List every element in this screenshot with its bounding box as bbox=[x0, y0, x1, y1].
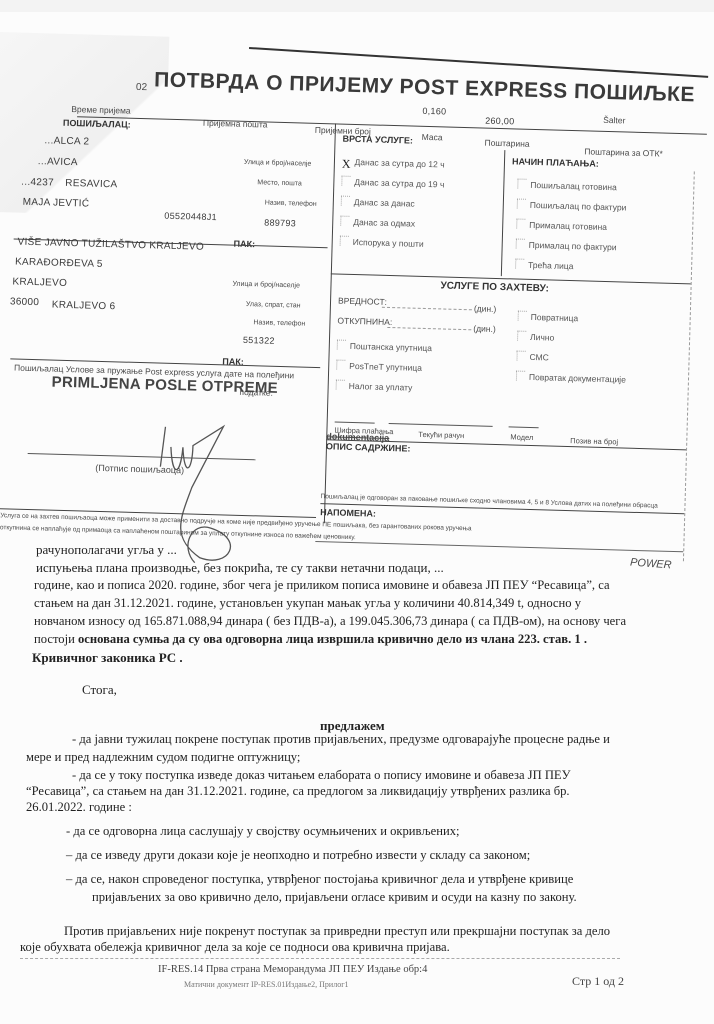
recipient-pak-value: 551322 bbox=[243, 335, 275, 346]
proposal-4-line: – да се изведу други докази које је неоп… bbox=[66, 848, 530, 863]
note-label: НАПОМЕНА: bbox=[320, 507, 376, 519]
checkbox[interactable] bbox=[337, 340, 346, 350]
scanned-document-page: 02 ПОТВРДА О ПРИЈЕМУ POST EXPRESS ПОШИЉК… bbox=[0, 12, 714, 1024]
checkbox[interactable] bbox=[516, 371, 525, 381]
proposal-1-line: мере и пред надлежним судом подигне опту… bbox=[26, 750, 300, 765]
cod-label: ОТКУПНИНА: bbox=[337, 316, 392, 328]
recipient-post-office: KRALJEVO 6 bbox=[52, 300, 116, 313]
recipient-name: VIŠE JAVNO TUŽILAŠTVO KRALJEVO bbox=[17, 237, 204, 253]
model-line bbox=[509, 426, 539, 428]
sender-faint-2: Место, пошта bbox=[257, 179, 302, 187]
requested-left-options: Поштанска упутница PosTneT упутница Нало… bbox=[335, 336, 432, 399]
proposal-5-line: пријављених за ово кривично дело, пријав… bbox=[92, 890, 577, 905]
form-bottom-rule bbox=[315, 541, 683, 552]
checkbox[interactable] bbox=[340, 236, 349, 246]
payment-option[interactable]: Трећа лица bbox=[515, 254, 625, 277]
proposal-5-line: – да се, након спроведеног поступка, утв… bbox=[66, 872, 573, 887]
recipient-street: KARAĐORĐEVA 5 bbox=[15, 257, 103, 270]
service-type-list: XДанас за сутра до 12 ч Данас за сутра д… bbox=[339, 152, 445, 255]
proposal-2-line: “Ресавица”, са стањем на дан 31.12.2021.… bbox=[26, 784, 570, 799]
recipient-faint-3: Назив, телефон bbox=[253, 319, 305, 327]
postage-value: 260,00 bbox=[485, 116, 515, 127]
label-date-time: Време пријема bbox=[71, 104, 131, 116]
post-express-receipt: 02 ПОТВРДА О ПРИЈЕМУ POST EXPRESS ПОШИЉК… bbox=[0, 12, 714, 572]
page-number: Стр 1 од 2 bbox=[572, 974, 624, 989]
sender-contact: MAJA JEVTIĆ bbox=[23, 197, 90, 210]
proposal-3-line: - да се одговорна лица саслушају у својс… bbox=[66, 824, 460, 839]
paragraph1-line-suspicion: постоји основана сумња да су ова одговор… bbox=[34, 632, 587, 647]
closing-line: које обухвата обележја кривичног дела за… bbox=[20, 940, 450, 955]
paragraph1-line: испуњења плана производње, без покрића, … bbox=[36, 560, 444, 576]
checkbox[interactable] bbox=[341, 176, 350, 186]
label-postage-otk: Поштарина за ОТК* bbox=[584, 146, 663, 158]
checkbox[interactable] bbox=[515, 259, 524, 269]
payment-method-header: НАЧИН ПЛАЋАЊА: bbox=[512, 156, 599, 168]
contents-label: ОПИС САДРЖИНЕ: bbox=[326, 441, 411, 453]
closing-line: Против пријављених није покренут поступа… bbox=[64, 924, 610, 939]
recipient-postal-code: 36000 bbox=[10, 296, 40, 308]
paragraph1-line: стањем на дан 31.12.2021. године, устано… bbox=[34, 596, 581, 611]
form-title: ПОТВРДА О ПРИЈЕМУ POST EXPRESS ПОШИЉКЕ bbox=[154, 68, 695, 107]
checkbox[interactable] bbox=[516, 219, 525, 229]
recipient-faint-2: Улаз, спрат, стан bbox=[246, 301, 301, 310]
checkbox[interactable] bbox=[340, 216, 349, 226]
mass-value: 0,160 bbox=[422, 106, 446, 117]
form-right-border bbox=[683, 171, 695, 561]
recipient-city: KRALJEVO bbox=[12, 276, 67, 289]
proposal-1-line: - да јавни тужилац покрене поступак прот… bbox=[72, 732, 610, 747]
service-option[interactable]: Испорука у пошти bbox=[339, 232, 443, 255]
requested-option[interactable]: Повратак документације bbox=[516, 367, 626, 390]
main-vertical-divider bbox=[324, 123, 336, 523]
suspicion-statement: основана сумња да су ова одговорна лица … bbox=[78, 632, 587, 646]
requested-right-options: Повратница Лично СМС Повратак документац… bbox=[516, 307, 628, 390]
proposal-2-line: - да се у току поступка изведе доказ чит… bbox=[72, 768, 571, 783]
value-currency: (дин.) bbox=[474, 303, 497, 314]
recipient-faint-1: Улица и број/населје bbox=[232, 281, 300, 290]
letter-footer-line2: Матични документ IP-RES.01Издање2, Прило… bbox=[184, 980, 348, 989]
account-label: Текући рачун bbox=[418, 430, 464, 440]
requested-option[interactable]: Налог за уплату bbox=[335, 376, 431, 399]
proposal-2-line: 26.01.2022. године : bbox=[26, 800, 132, 815]
value-field[interactable] bbox=[382, 307, 472, 311]
payment-code-line bbox=[335, 422, 375, 424]
sender-label: ПОШИЉАЛАЦ: bbox=[63, 118, 131, 130]
sender-faint-3: Назив, телефон bbox=[265, 199, 317, 207]
stoga-text: Стога, bbox=[82, 682, 117, 698]
model-label: Модел bbox=[510, 432, 533, 442]
checkbox[interactable] bbox=[516, 351, 525, 361]
value-label: ВРЕДНОСТ: bbox=[338, 296, 387, 307]
paragraph1-line: новчаном износу од 165.871.088,94 динара… bbox=[34, 614, 626, 629]
checkbox[interactable] bbox=[336, 380, 345, 390]
checkbox[interactable] bbox=[341, 196, 350, 206]
requested-option[interactable]: Поштанска упутница bbox=[337, 336, 433, 359]
requested-option[interactable]: PosTneT упутница bbox=[336, 356, 432, 379]
payment-divider bbox=[501, 150, 506, 276]
sender-pak-value: 889793 bbox=[264, 217, 296, 228]
checkbox[interactable]: X bbox=[342, 156, 351, 165]
checkbox[interactable] bbox=[517, 179, 526, 189]
signature-label: (Потпис пошиљаоца) bbox=[95, 463, 184, 475]
checkbox[interactable] bbox=[336, 360, 345, 370]
paragraph1-line: године, као и пописа 2020. године, због … bbox=[34, 578, 610, 593]
cod-currency: (дин.) bbox=[473, 323, 496, 334]
sender-postal-code: ...4237 bbox=[21, 177, 54, 189]
sender-address-1: ...ALCA 2 bbox=[44, 135, 89, 147]
service-type-header: ВРСТА УСЛУГЕ: bbox=[342, 134, 413, 146]
payment-method-list: Пошиљалац готовина Пошиљалац по фактури … bbox=[515, 175, 627, 278]
checkbox[interactable] bbox=[516, 239, 525, 249]
counter-label: Šalter bbox=[603, 115, 625, 126]
paragraph1-line: рачунополагачи угља у ... bbox=[36, 542, 177, 558]
sender-address-2: ...AVICA bbox=[38, 156, 78, 168]
sender-code: 05520448J1 bbox=[164, 211, 217, 222]
label-postage: Поштарина bbox=[484, 138, 529, 149]
account-line bbox=[389, 423, 493, 427]
label-mass: Маса bbox=[422, 132, 443, 143]
form-number: 02 bbox=[136, 82, 147, 93]
checkbox[interactable] bbox=[518, 311, 527, 321]
letter-footer-line1: IF-RES.14 Прва страна Меморандума ЈП ПЕУ… bbox=[158, 964, 427, 975]
letter-footer-rule bbox=[20, 958, 620, 959]
reference-label: Позив на број bbox=[570, 436, 618, 446]
checkbox[interactable] bbox=[517, 199, 526, 209]
sender-faint-1: Улица и број/населје bbox=[244, 159, 312, 168]
cod-field[interactable] bbox=[387, 327, 471, 330]
checkbox[interactable] bbox=[517, 331, 526, 341]
sender-city: RESAVICA bbox=[65, 178, 118, 190]
criminal-code-reference: Кривичног законика РС . bbox=[32, 650, 183, 666]
requested-services-header: УСЛУГЕ ПО ЗАХТЕВУ: bbox=[440, 280, 549, 294]
